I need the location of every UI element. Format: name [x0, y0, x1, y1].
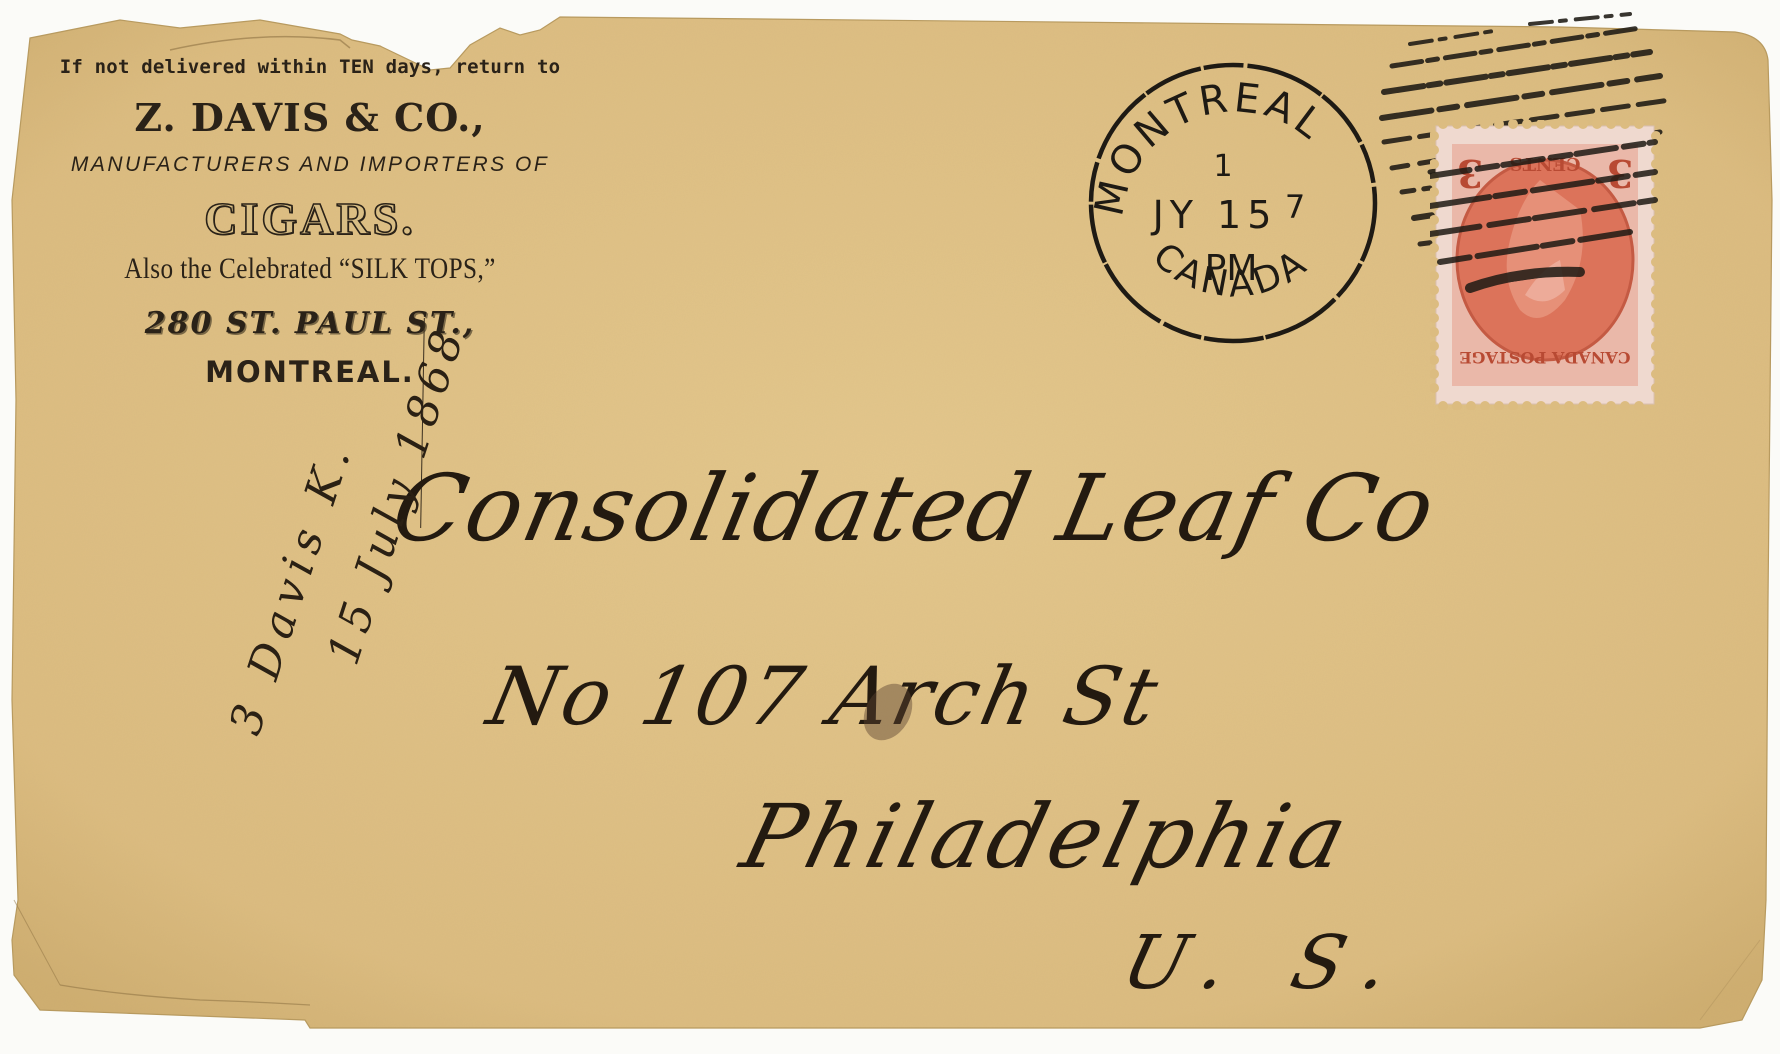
- ink-blot: [0, 0, 1780, 1054]
- envelope: If not delivered within TEN days, return…: [0, 0, 1780, 1054]
